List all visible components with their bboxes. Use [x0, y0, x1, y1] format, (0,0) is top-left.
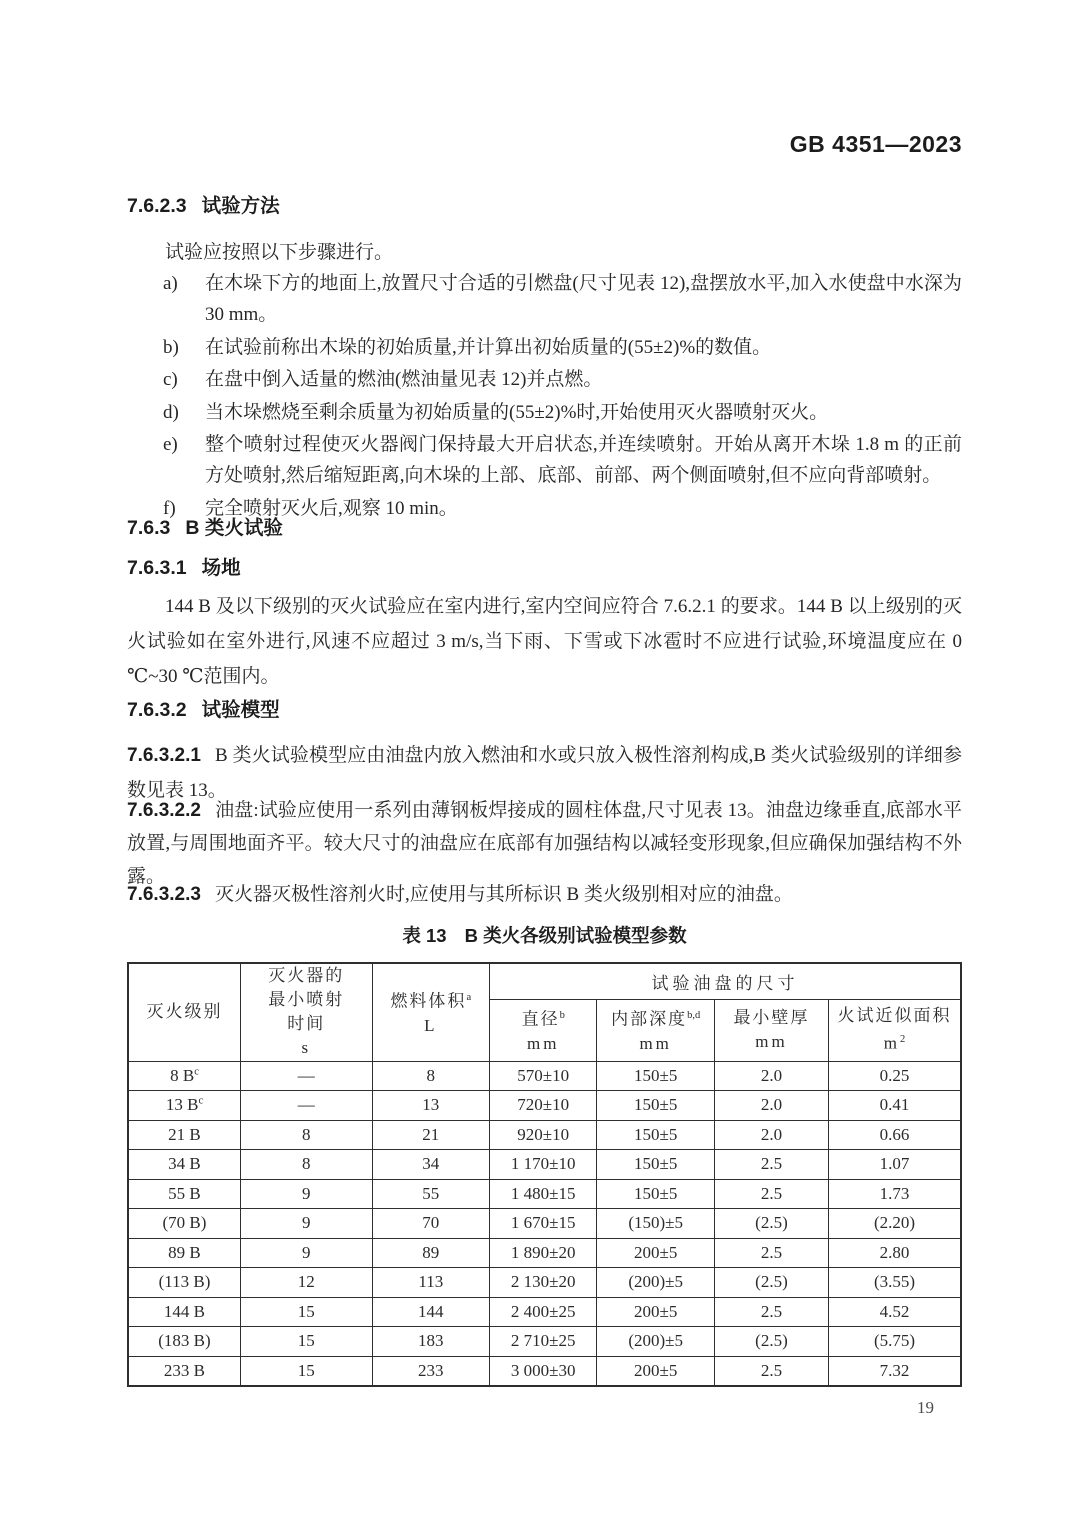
step-item-d: d)当木垛燃烧至剩余质量为初始质量的(55±2)%时,开始使用灭火器喷射灭火。: [127, 397, 962, 428]
standard-number-header: GB 4351—2023: [127, 131, 962, 158]
clause-number: 7.6.3.2.2: [127, 800, 201, 821]
step-item-e: e)整个喷射过程使灭火器阀门保持最大开启状态,并连续喷射。开始从离开木垛 1.8…: [127, 429, 962, 491]
clause-heading-7.6.2.3: 7.6.2.3试验方法: [127, 190, 962, 218]
clause-text: 油盘:试验应使用一系列由薄钢板焊接成的圆柱体盘,尺寸见表 13。油盘边缘垂直,底…: [127, 800, 962, 887]
table-row: 89 B 9891 890±20200±52.52.80: [128, 1238, 961, 1268]
header-unit: mm: [597, 1032, 713, 1056]
col-header-discharge-time: 灭火器的最小喷射时间 s: [240, 963, 372, 1061]
step-item-a: a)在木垛下方的地面上,放置尺寸合适的引燃盘(尺寸见表 12),盘摆放水平,加入…: [127, 268, 962, 330]
clause-number: 7.6.2.3: [127, 195, 187, 217]
table-13-caption: 表 13B 类火各级别试验模型参数: [127, 922, 962, 948]
col-header-diameter: 直径b mm: [490, 999, 597, 1061]
col-header-grade: 灭火级别: [128, 963, 240, 1061]
footnote-ref-c: c: [198, 1096, 203, 1107]
clause-title: B 类火试验: [185, 517, 283, 539]
table-row: 21 B 821920±10150±52.00.66: [128, 1120, 961, 1150]
table-caption-text: B 类火各级别试验模型参数: [465, 925, 687, 946]
header-name: 灭火器的最小喷射时间: [260, 964, 352, 1036]
header-name: 燃料体积a: [373, 986, 489, 1014]
unit-superscript-2: 2: [900, 1034, 905, 1045]
clause-text: B 类火试验模型应由油盘内放入燃油和水或只放入极性溶剂构成,B 类火试验级别的详…: [127, 745, 962, 801]
footnote-ref-a: a: [466, 992, 471, 1003]
step-marker: e): [163, 429, 205, 491]
header-unit: mm: [715, 1030, 828, 1054]
clause-number: 7.6.3: [127, 517, 170, 539]
footnote-ref-b: b: [560, 1010, 565, 1021]
header-name: 最小壁厚: [715, 1006, 828, 1030]
col-header-depth: 内部深度b,d mm: [597, 999, 714, 1061]
header-name: 火试近似面积: [829, 1004, 960, 1028]
table-row: 144 B 151442 400±25200±52.54.52: [128, 1297, 961, 1327]
clause-paragraph-7.6.3.2.3: 7.6.3.2.3灭火器灭极性溶剂火时,应使用与其所标识 B 类火级别相对应的油…: [127, 877, 962, 912]
step-text: 在盘中倒入适量的燃油(燃油量见表 12)并点燃。: [205, 364, 962, 395]
col-header-fire-area: 火试近似面积 m2: [829, 999, 962, 1061]
document-page: GB 4351—2023 7.6.2.3试验方法 试验应按照以下步骤进行。 a)…: [0, 0, 1080, 1528]
table-caption-number: 表 13: [402, 925, 446, 946]
site-paragraph: 144 B 及以下级别的灭火试验应在室内进行,室内空间应符合 7.6.2.1 的…: [127, 589, 962, 694]
table-row: 55 B 9551 480±15150±52.51.73: [128, 1179, 961, 1209]
clause-heading-7.6.3: 7.6.3B 类火试验: [127, 512, 962, 540]
table-row: 233 B 152333 000±30200±52.57.32: [128, 1356, 961, 1386]
footnote-ref-bd: b,d: [687, 1010, 700, 1021]
clause-heading-7.6.3.1: 7.6.3.1场地: [127, 552, 962, 580]
header-unit: L: [373, 1014, 489, 1038]
table-13-container: 灭火级别 灭火器的最小喷射时间 s 燃料体积a L 试验油盘的尺寸 直径b mm: [127, 962, 962, 1387]
step-item-b: b)在试验前称出木垛的初始质量,并计算出初始质量的(55±2)%的数值。: [127, 332, 962, 363]
col-header-fuel-volume: 燃料体积a L: [372, 963, 489, 1061]
clause-number: 7.6.3.2: [127, 699, 187, 721]
step-text: 在木垛下方的地面上,放置尺寸合适的引燃盘(尺寸见表 12),盘摆放水平,加入水使…: [205, 268, 962, 330]
header-unit: s: [241, 1036, 372, 1060]
table-row: (183 B) 151832 710±25(200)±5(2.5)(5.75): [128, 1327, 961, 1357]
header-unit: m2: [829, 1028, 960, 1056]
step-marker: c): [163, 364, 205, 395]
step-item-c: c)在盘中倒入适量的燃油(燃油量见表 12)并点燃。: [127, 364, 962, 395]
intro-paragraph: 试验应按照以下步骤进行。: [127, 235, 962, 270]
table-row: 34 B 8341 170±10150±52.51.07: [128, 1150, 961, 1180]
clause-title: 试验方法: [202, 195, 280, 217]
step-marker: d): [163, 397, 205, 428]
table-row: (70 B) 9701 670±15(150)±5(2.5)(2.20): [128, 1209, 961, 1239]
col-header-wall-thickness: 最小壁厚 mm: [714, 999, 828, 1061]
table-row: 8 Bc —8570±10150±52.00.25: [128, 1061, 961, 1091]
step-marker: b): [163, 332, 205, 363]
step-text: 当木垛燃烧至剩余质量为初始质量的(55±2)%时,开始使用灭火器喷射灭火。: [205, 397, 962, 428]
table-row: (113 B) 121132 130±20(200)±5(2.5)(3.55): [128, 1268, 961, 1298]
table-row: 13 Bc —13720±10150±52.00.41: [128, 1091, 961, 1121]
step-text: 整个喷射过程使灭火器阀门保持最大开启状态,并连续喷射。开始从离开木垛 1.8 m…: [205, 429, 962, 491]
clause-heading-7.6.3.2: 7.6.3.2试验模型: [127, 694, 962, 722]
clause-number: 7.6.3.1: [127, 557, 187, 579]
page-number: 19: [127, 1398, 962, 1418]
step-text: 在试验前称出木垛的初始质量,并计算出初始质量的(55±2)%的数值。: [205, 332, 962, 363]
clause-number: 7.6.3.2.3: [127, 884, 201, 905]
table-13: 灭火级别 灭火器的最小喷射时间 s 燃料体积a L 试验油盘的尺寸 直径b mm: [127, 962, 962, 1387]
clause-title: 场地: [202, 557, 241, 579]
header-unit: mm: [490, 1032, 596, 1056]
footnote-ref-c: c: [194, 1066, 199, 1077]
test-steps-list: a)在木垛下方的地面上,放置尺寸合适的引燃盘(尺寸见表 12),盘摆放水平,加入…: [127, 268, 962, 525]
col-group-header-pan-dimensions: 试验油盘的尺寸: [490, 963, 962, 999]
clause-text: 灭火器灭极性溶剂火时,应使用与其所标识 B 类火级别相对应的油盘。: [215, 884, 793, 905]
clause-title: 试验模型: [202, 699, 280, 721]
step-marker: a): [163, 268, 205, 330]
header-name: 直径b: [490, 1004, 596, 1032]
clause-number: 7.6.3.2.1: [127, 745, 201, 766]
header-name: 内部深度b,d: [597, 1004, 713, 1032]
